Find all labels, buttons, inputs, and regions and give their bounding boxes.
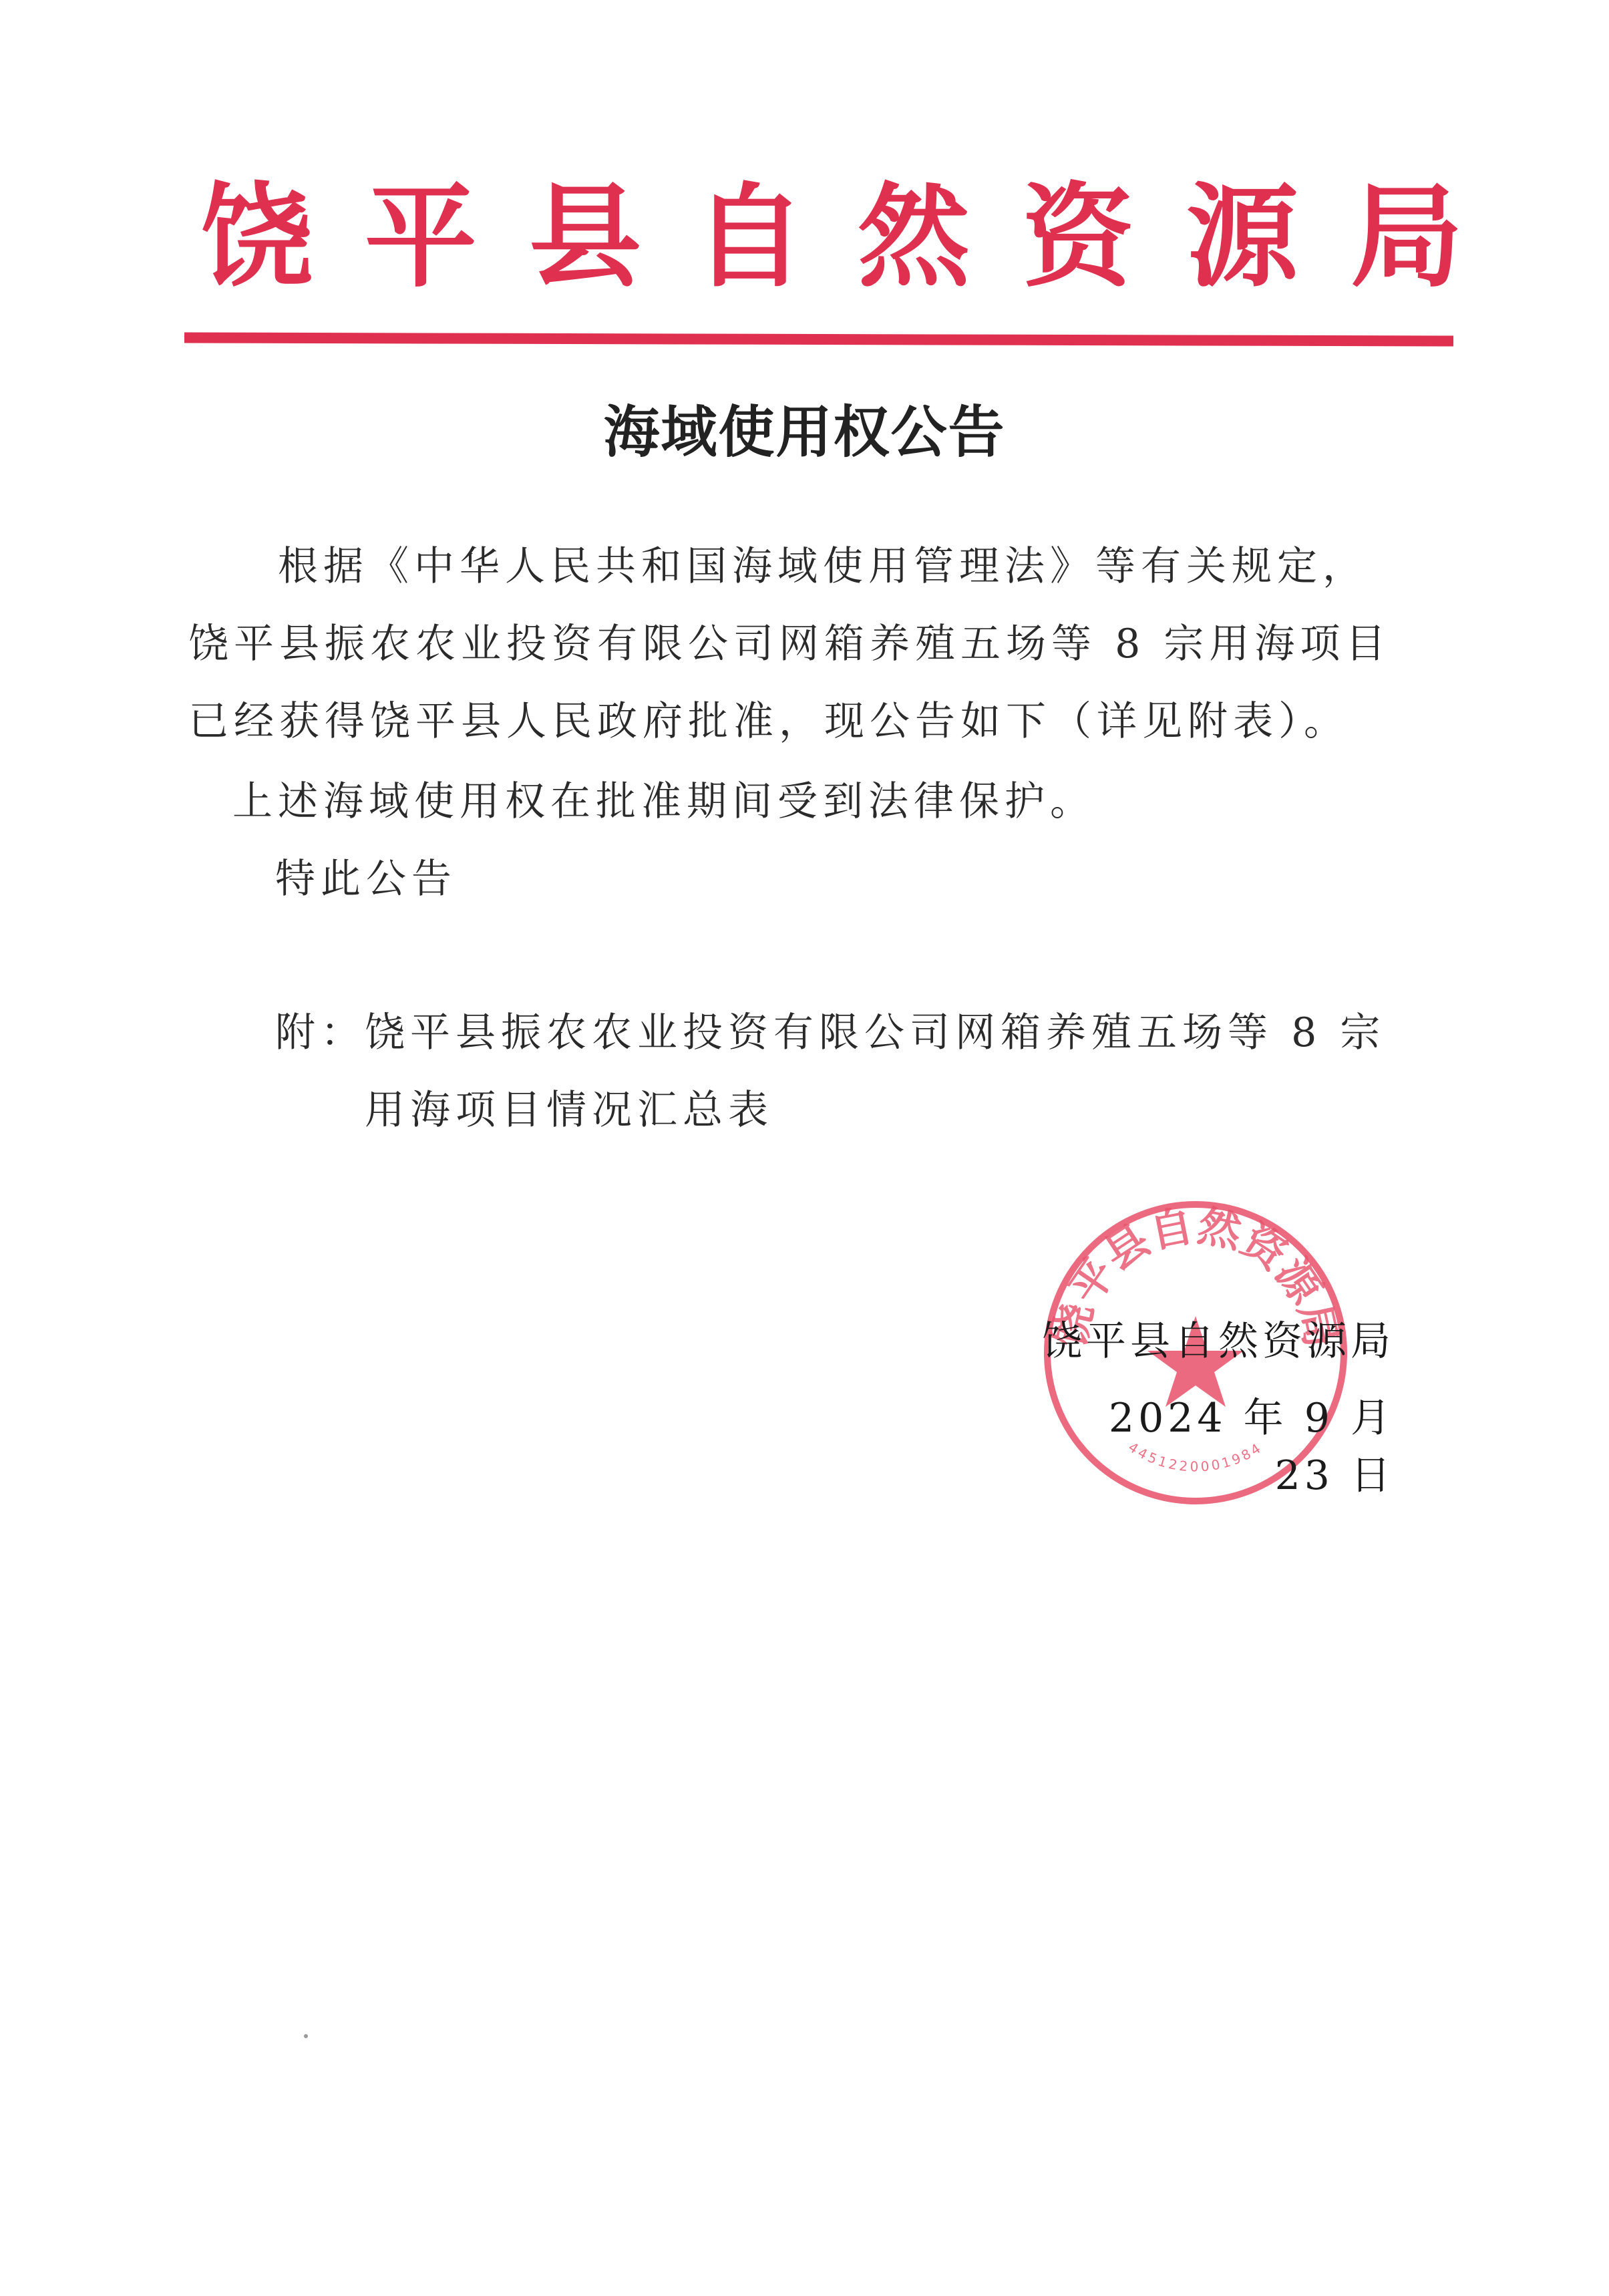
document-title: 海域使用权公告 xyxy=(0,387,1609,468)
attachment-title: 饶平县振农农业投资有限公司网箱养殖五场等 8 宗用海项目情况汇总表 xyxy=(365,994,1424,1149)
body-paragraph-2: 上述海域使用权在批准期间受到法律保护。 xyxy=(232,763,1095,840)
header-divider xyxy=(184,333,1453,347)
signature-organization: 饶平县自然资源局 xyxy=(1041,1309,1395,1367)
agency-char: 源 xyxy=(1186,180,1298,293)
agency-char: 资 xyxy=(1022,180,1134,293)
agency-header: 饶 平 县 自 然 资 源 局 xyxy=(200,180,1463,293)
agency-char: 饶 xyxy=(200,180,313,293)
agency-char: 局 xyxy=(1351,180,1463,293)
agency-char: 自 xyxy=(693,180,806,293)
attachment-label: 附： xyxy=(275,994,366,1072)
signature-date: 2024 年 9 月 23 日 xyxy=(1041,1386,1395,1501)
scan-speck xyxy=(304,2034,308,2038)
agency-char: 然 xyxy=(858,180,970,293)
body-paragraph-1: 根据《中华人民共和国海域使用管理法》等有关规定，饶平县振农农业投资有限公司网箱养… xyxy=(188,528,1411,760)
closing-phrase: 特此公告 xyxy=(275,840,457,918)
attachment-note: 附： 饶平县振农农业投资有限公司网箱养殖五场等 8 宗用海项目情况汇总表 xyxy=(275,994,1424,1149)
agency-char: 县 xyxy=(529,180,641,293)
agency-char: 平 xyxy=(365,180,477,293)
